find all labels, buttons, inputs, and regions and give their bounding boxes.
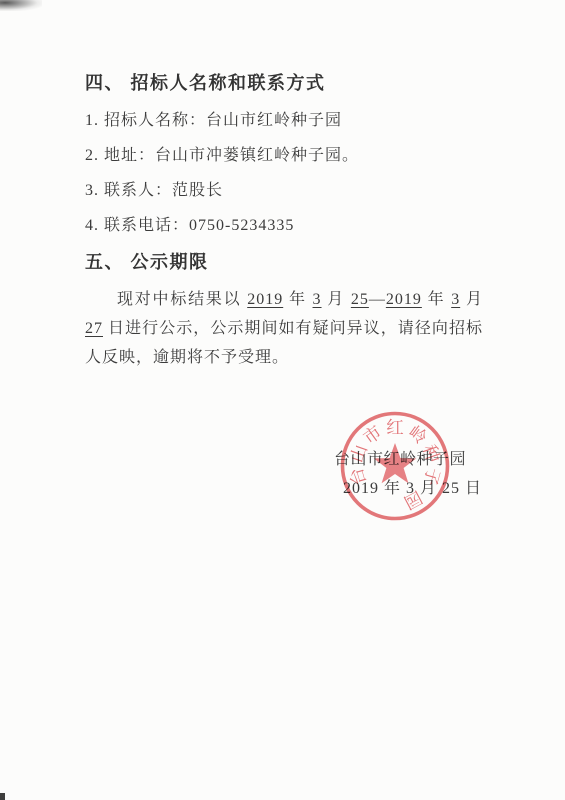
seal-character: 台 [346,465,370,487]
paragraph-text-run: 日进行公示，公示期间如有疑问异议，请径向招标人反映，逾期将不予受理。 [85,320,483,366]
seal-star-icon [374,443,417,483]
paragraph-text-run: — [369,291,386,308]
scan-artifact-bottom-left [0,793,5,800]
underlined-date-value: 2019 [386,291,422,308]
contact-phone-line: 4. 联系电话：0750-5234335 [85,217,294,235]
publicity-period-paragraph: 现对中标结果以 2019 年 3 月 25—2019 年 3 月 27 日进行公… [85,285,483,372]
paragraph-text-run: 月 [460,291,483,308]
seal-character: 红 [386,418,404,438]
underlined-date-value: 3 [313,291,322,308]
paragraph-text-run: 年 [422,291,451,308]
underlined-date-value: 3 [451,291,460,308]
bidder-name-line: 1. 招标人名称：台山市红岭种子园 [85,112,342,130]
bidder-address-line: 2. 地址：台山市冲蒌镇红岭种子园。 [85,147,359,165]
section-heading-bidder-info: 四、 招标人名称和联系方式 [85,73,326,93]
paragraph-text-run: 年 [283,291,312,308]
paragraph-text-run: 月 [322,291,351,308]
underlined-date-value: 2019 [247,291,283,308]
scan-artifact-top-left [0,0,42,11]
seal-character: 子 [420,465,444,487]
underlined-date-value: 27 [85,320,103,337]
official-seal-stamp: 台山市红岭种子园 [337,408,453,524]
seal-character: 山 [346,442,371,465]
contact-person-line: 3. 联系人：范股长 [85,182,223,200]
section-heading-publicity-period: 五、 公示期限 [85,252,209,272]
seal-character: 种 [419,442,444,465]
underlined-date-value: 25 [351,291,369,308]
paragraph-text-run: 现对中标结果以 [117,291,247,308]
scanned-document-page: 四、 招标人名称和联系方式 1. 招标人名称：台山市红岭种子园 2. 地址：台山… [0,0,565,800]
